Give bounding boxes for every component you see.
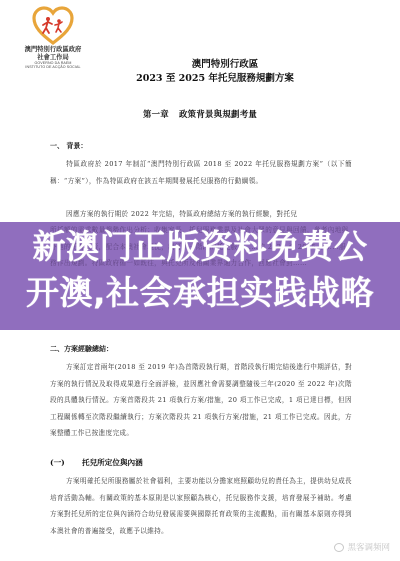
- watermark-text: 黑客调频网: [347, 541, 390, 553]
- weibo-icon: [334, 543, 344, 552]
- chapter-heading: 第一章政策背景與規劃考量: [0, 108, 400, 120]
- org-name-zh-line1: 澳門特別行政區政府: [14, 46, 92, 54]
- paragraph-text: 特區政府於 2017 年制訂“澳門特別行政區 2018 至 2022 年托兒服務…: [50, 160, 352, 185]
- paragraph-nursery-positioning: 方案明確托兒所服務屬於社會福利，主要功能以分擔家庭照顧幼兒的責任為主，提供幼兒成…: [50, 473, 352, 539]
- paragraph-background-2: 因應方案的執行期於 2022 年完結，特區政府總結方案的執行經驗，對托兒: [50, 206, 352, 223]
- banner-headline: 新澳门正版资料免费公 开澳,社会承担实践战略: [0, 224, 400, 316]
- document-title-line1: 澳門特別行政區: [100, 58, 330, 72]
- organization-logo: 澳門特別行政區政府 社會工作局 GOVERNO DA RAEM INSTITUT…: [14, 6, 92, 70]
- paragraph-experience-summary: 方案訂定首兩年(2018 至 2019 年)為首階段執行期，首階段執行期完結後進…: [50, 359, 352, 442]
- paragraph-text: 因應方案的執行期於 2022 年完結，特區政府總結方案的執行經驗，對托兒: [66, 210, 297, 218]
- org-name-pt-line2: INSTITUTO DE ACÇÃO SOCIAL: [14, 65, 92, 69]
- paragraph-text: 方案明確托兒所服務屬於社會福利，主要功能以分擔家庭照顧幼兒的責任為主，提供幼兒成…: [50, 477, 352, 535]
- section-heading-background: 一、 背景：: [50, 141, 87, 151]
- document-title-line2: 2023 至 2025 年托兒服務規劃方案: [100, 72, 330, 86]
- banner-headline-line1: 新澳门正版资料免费公: [0, 224, 400, 270]
- paragraph-background-1: 特區政府於 2017 年制訂“澳門特別行政區 2018 至 2022 年托兒服務…: [50, 156, 352, 189]
- chapter-label: 第一章: [143, 109, 169, 119]
- document-title: 澳門特別行政區 2023 至 2025 年托兒服務規劃方案: [100, 58, 330, 86]
- overlay-banner: 所托額的需求數量趨勢作出分析；收集家長、托兒服務業界及社會大眾的意見與回饋，參考…: [0, 222, 400, 330]
- chapter-title: 政策背景與規劃考量: [179, 109, 257, 119]
- subsection-heading-nursery-positioning: (一)托兒所定位與內涵: [50, 457, 143, 468]
- banner-headline-line2: 开澳,社会承担实践战略: [0, 270, 400, 316]
- heart-family-logo-icon: [31, 6, 75, 46]
- org-name-zh-line2: 社會工作局: [14, 54, 92, 62]
- subsection-title: 托兒所定位與內涵: [82, 458, 143, 467]
- paragraph-text: 方案訂定首兩年(2018 至 2019 年)為首階段執行期，首階段執行期完結後進…: [50, 363, 352, 437]
- source-watermark: 黑客调频网: [334, 541, 390, 553]
- section-heading-experience-summary: 二、方案經驗總結：: [50, 344, 113, 354]
- subsection-number: (一): [50, 457, 82, 468]
